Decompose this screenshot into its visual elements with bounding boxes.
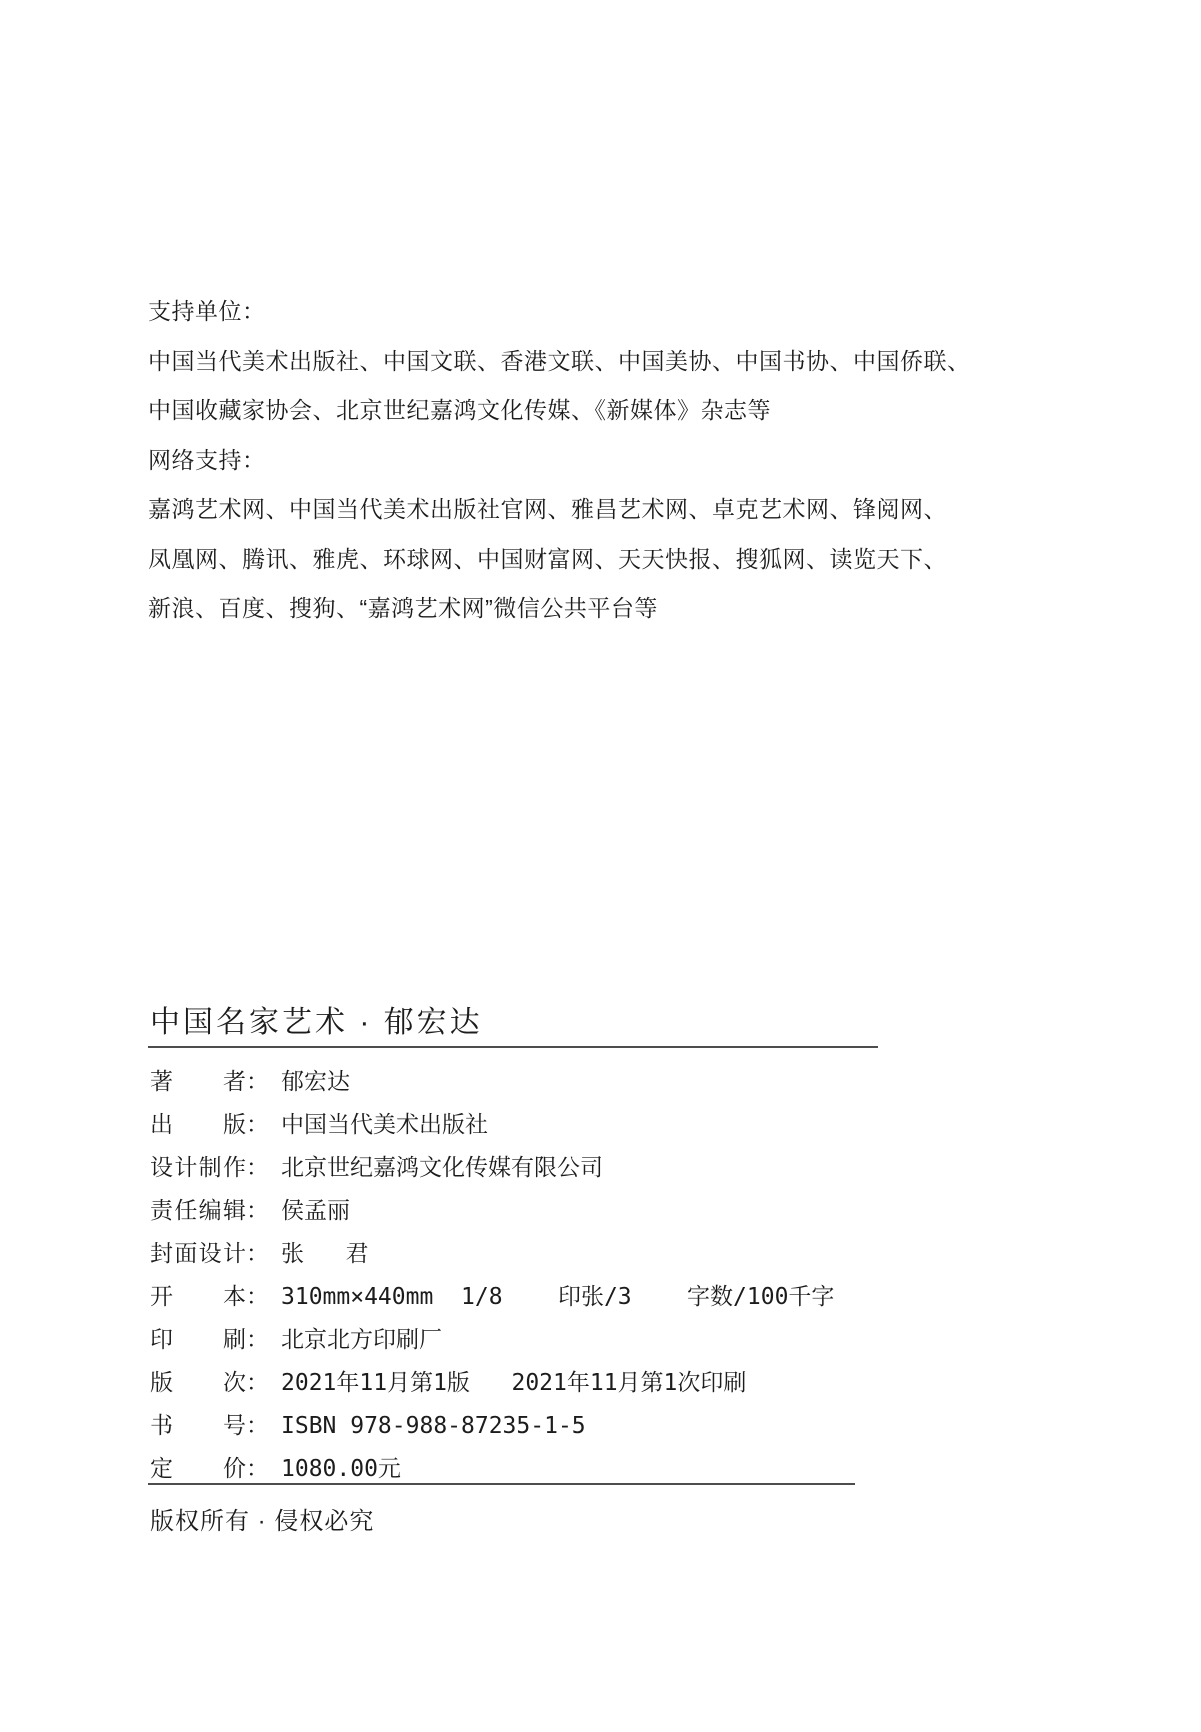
row-publisher: 出版：中国当代美术出版社 xyxy=(150,1103,1050,1146)
row-value: 张 君 xyxy=(281,1241,369,1267)
series-title: 中国名家艺术 · 郁宏达 xyxy=(150,997,483,1041)
row-label: 开本 xyxy=(150,1275,246,1317)
bottom-divider xyxy=(148,1483,855,1485)
row-isbn: 书号：ISBN 978-988-87235-1-5 xyxy=(150,1404,1050,1447)
network-support-line: 嘉鸿艺术网、中国当代美术出版社官网、雅昌艺术网、卓克艺术网、锋阅网、 xyxy=(148,485,968,535)
row-colon: ： xyxy=(246,1275,269,1317)
colophon-page: 支持单位： 中国当代美术出版社、中国文联、香港文联、中国美协、中国书协、中国侨联… xyxy=(0,0,1201,1732)
row-label: 设计制作 xyxy=(150,1146,246,1188)
row-value: 1080.00元 xyxy=(281,1456,401,1482)
support-units-line: 中国当代美术出版社、中国文联、香港文联、中国美协、中国书协、中国侨联、 xyxy=(148,337,968,387)
support-units-line: 中国收藏家协会、北京世纪嘉鸿文化传媒、《新媒体》杂志等 xyxy=(148,386,968,436)
copyright-notice: 版权所有 · 侵权必究 xyxy=(150,1501,374,1536)
row-label: 出版 xyxy=(150,1103,246,1145)
network-support-line: 凤凰网、腾讯、雅虎、环球网、中国财富网、天天快报、搜狐网、读览天下、 xyxy=(148,535,968,585)
row-colon: ： xyxy=(246,1232,269,1274)
row-design-production: 设计制作：北京世纪嘉鸿文化传媒有限公司 xyxy=(150,1146,1050,1189)
row-colon: ： xyxy=(246,1318,269,1360)
network-support-line: 新浪、百度、搜狗、“嘉鸿艺术网”微信公共平台等 xyxy=(148,584,968,634)
support-section: 支持单位： 中国当代美术出版社、中国文联、香港文联、中国美协、中国书协、中国侨联… xyxy=(148,287,968,634)
colophon-details: 著者：郁宏达 出版：中国当代美术出版社 设计制作：北京世纪嘉鸿文化传媒有限公司 … xyxy=(150,1060,1050,1490)
row-label: 封面设计 xyxy=(150,1232,246,1274)
support-units-heading: 支持单位： xyxy=(148,287,968,337)
row-colon: ： xyxy=(246,1189,269,1231)
row-cover-design: 封面设计：张 君 xyxy=(150,1232,1050,1275)
title-divider xyxy=(148,1046,878,1048)
row-edition: 版次：2021年11月第1版 2021年11月第1次印刷 xyxy=(150,1361,1050,1404)
row-value: 北京世纪嘉鸿文化传媒有限公司 xyxy=(281,1155,603,1181)
row-colon: ： xyxy=(246,1060,269,1102)
row-value: 侯孟丽 xyxy=(281,1198,350,1224)
row-author: 著者：郁宏达 xyxy=(150,1060,1050,1103)
row-value: 北京北方印刷厂 xyxy=(281,1327,442,1353)
row-colon: ： xyxy=(246,1146,269,1188)
row-format: 开本：310mm×440mm 1/8 印张/3 字数/100千字 xyxy=(150,1275,1050,1318)
row-printer: 印刷：北京北方印刷厂 xyxy=(150,1318,1050,1361)
row-colon: ： xyxy=(246,1361,269,1403)
network-support-heading: 网络支持： xyxy=(148,436,968,486)
row-label: 著者 xyxy=(150,1060,246,1102)
row-value: ISBN 978-988-87235-1-5 xyxy=(281,1413,586,1439)
row-editor: 责任编辑：侯孟丽 xyxy=(150,1189,1050,1232)
row-value: 中国当代美术出版社 xyxy=(281,1112,488,1138)
row-value: 2021年11月第1版 2021年11月第1次印刷 xyxy=(281,1370,746,1396)
row-colon: ： xyxy=(246,1404,269,1446)
row-value: 郁宏达 xyxy=(281,1069,350,1095)
row-colon: ： xyxy=(246,1103,269,1145)
row-label: 版次 xyxy=(150,1361,246,1403)
row-label: 责任编辑 xyxy=(150,1189,246,1231)
row-value: 310mm×440mm 1/8 印张/3 字数/100千字 xyxy=(281,1284,834,1310)
row-label: 书号 xyxy=(150,1404,246,1446)
row-label: 印刷 xyxy=(150,1318,246,1360)
